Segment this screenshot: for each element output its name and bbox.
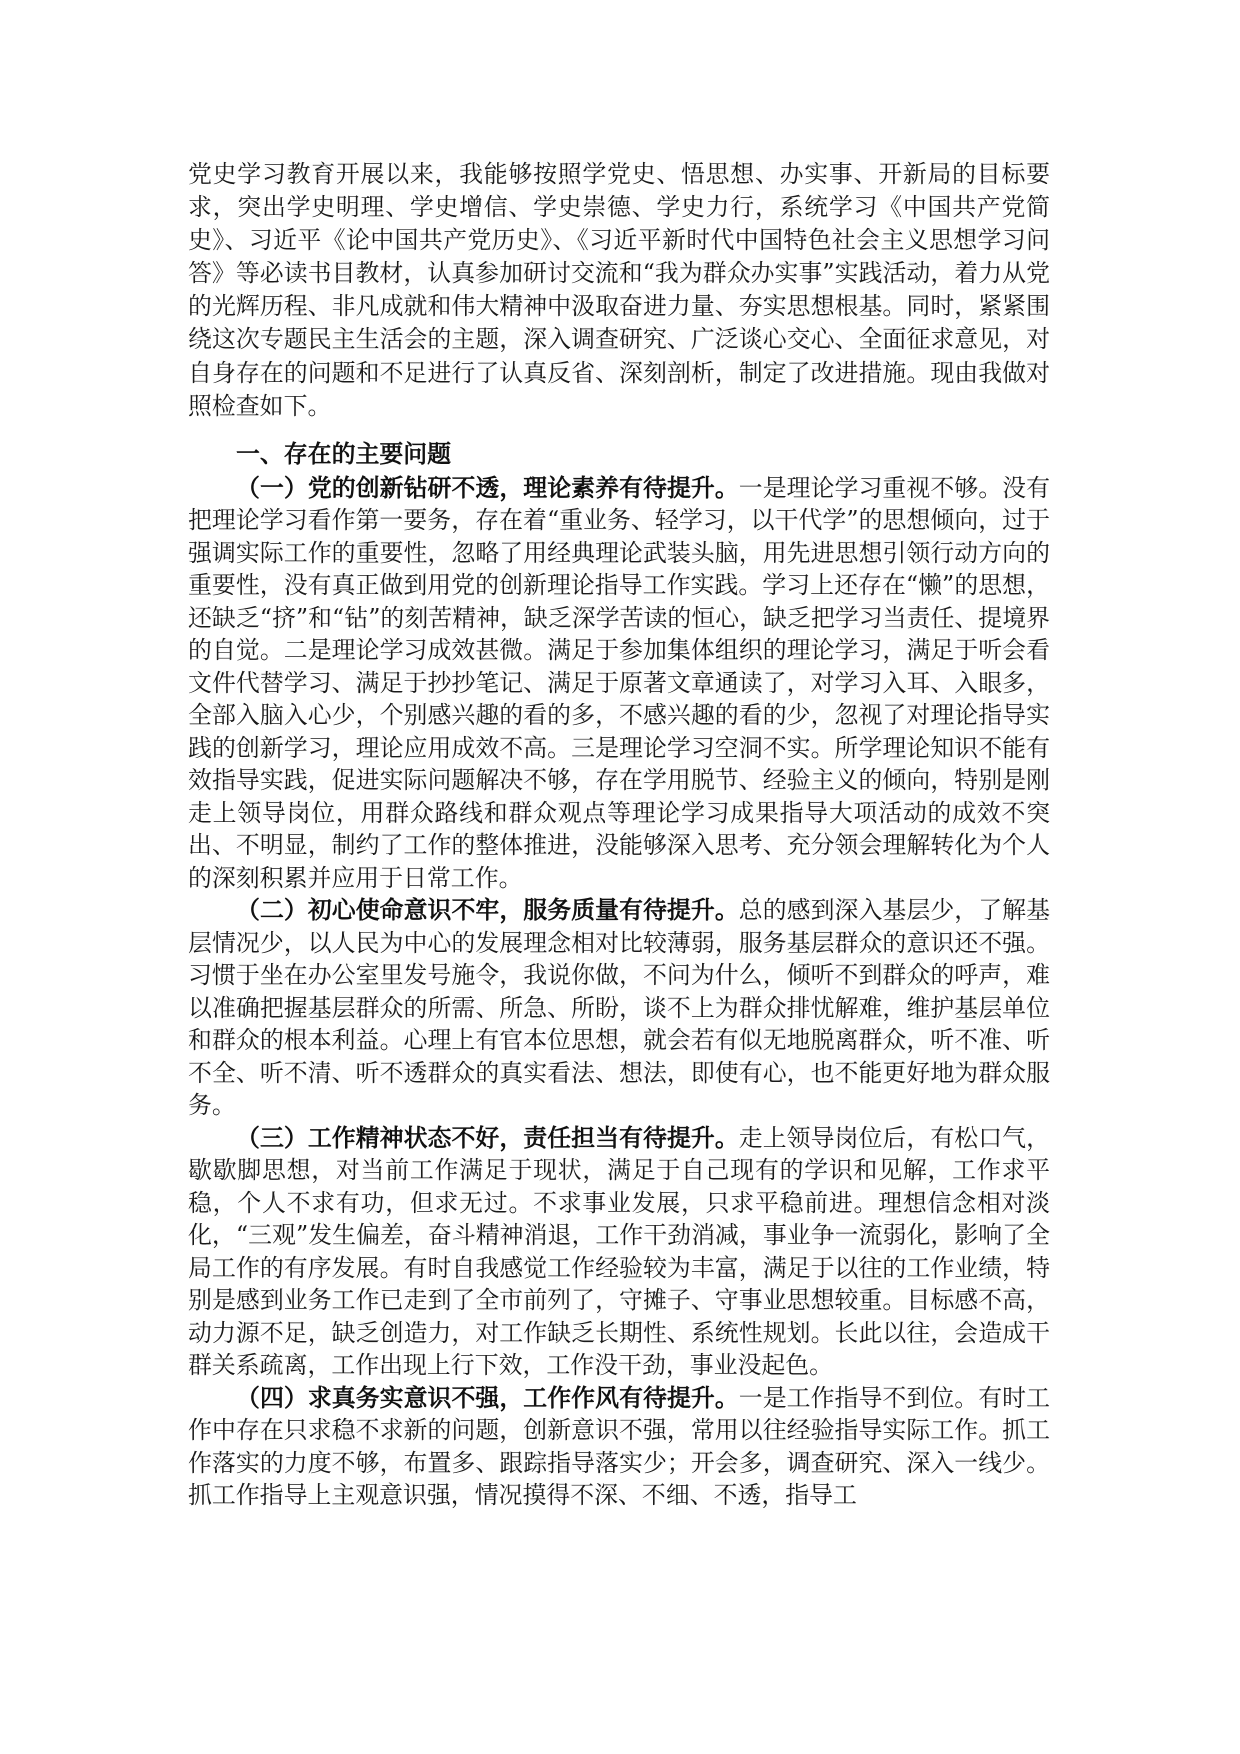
section-paragraph-3: （三）工作精神状态不好，责任担当有待提升。走上领导岗位后，有松口气，歇歇脚思想，… xyxy=(188,1122,1050,1382)
section-lead-4: （四）求真务实意识不强，工作作风有待提升。 xyxy=(236,1384,739,1412)
intro-paragraph: 党史学习教育开展以来，我能够按照学党史、悟思想、办实事、开新局的目标要求，突出学… xyxy=(188,158,1050,423)
document-page: 党史学习教育开展以来，我能够按照学党史、悟思想、办实事、开新局的目标要求，突出学… xyxy=(188,158,1050,1512)
section-body-1: 一是理论学习重视不够。没有把理论学习看作第一要务，存在着“重业务、轻学习，以干代… xyxy=(188,474,1050,892)
section-body-2: 总的感到深入基层少，了解基层情况少，以人民为中心的发展理念相对比较薄弱，服务基层… xyxy=(188,896,1050,1119)
section-body-3: 走上领导岗位后，有松口气，歇歇脚思想，对当前工作满足于现状，满足于自己现有的学识… xyxy=(188,1124,1050,1380)
section-lead-2: （二）初心使命意识不牢，服务质量有待提升。 xyxy=(236,896,739,924)
section-lead-3: （三）工作精神状态不好，责任担当有待提升。 xyxy=(236,1124,739,1152)
section-lead-1: （一）党的创新钻研不透，理论素养有待提升。 xyxy=(236,474,739,502)
section-paragraph-4: （四）求真务实意识不强，工作作风有待提升。一是工作指导不到位。有时工作中存在只求… xyxy=(188,1382,1050,1512)
section-paragraph-1: （一）党的创新钻研不透，理论素养有待提升。一是理论学习重视不够。没有把理论学习看… xyxy=(188,472,1050,895)
section-paragraph-2: （二）初心使命意识不牢，服务质量有待提升。总的感到深入基层少，了解基层情况少，以… xyxy=(188,894,1050,1122)
section-heading: 一、存在的主要问题 xyxy=(188,437,1050,472)
